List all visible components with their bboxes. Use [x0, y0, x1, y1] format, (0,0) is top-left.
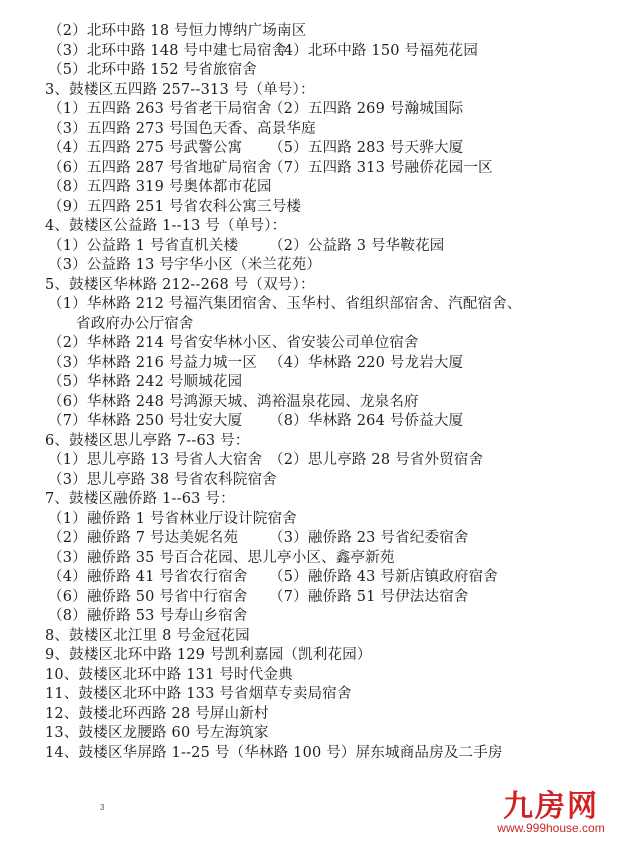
list-item-row: （2）融侨路 7 号达美妮名苑（3）融侨路 23 号省纪委宿舍	[0, 529, 625, 549]
line-text-second-column: （5）五四路 283 号天骅大厦	[269, 139, 463, 159]
line-text: （6）融侨路 50 号省中行宿舍	[48, 589, 248, 605]
line-text: （4）融侨路 41 号省农行宿舍	[48, 569, 248, 585]
line-text: （5）北环中路 152 号省旅宿舍	[48, 62, 257, 78]
line-text: 7、鼓楼区融侨路 1--63 号：	[45, 491, 235, 507]
page-number: 3	[100, 803, 104, 812]
line-text: （3）华林路 216 号益力城一区	[48, 355, 257, 371]
line-text: （6）华林路 248 号鸿源天城、鸿裕温泉花园、龙泉名府	[48, 394, 419, 410]
line-text: 6、鼓楼区思儿亭路 7--63 号：	[45, 433, 250, 449]
line-text-second-column: （2）公益路 3 号华鞍花园	[269, 237, 444, 257]
line-text: 12、鼓楼北环西路 28 号屏山新村	[45, 706, 269, 722]
list-item-row: （3）华林路 216 号益力城一区（4）华林路 220 号龙岩大厦	[0, 354, 625, 374]
list-item-row: （5）华林路 242 号顺城花园	[0, 373, 625, 393]
line-text: （8）融侨路 53 号寿山乡宿舍	[48, 608, 248, 624]
list-item-row: （6）五四路 287 号省地矿局宿舍（7）五四路 313 号融侨花园一区	[0, 159, 625, 179]
list-item-row: （4）融侨路 41 号省农行宿舍（5）融侨路 43 号新店镇政府宿舍	[0, 568, 625, 588]
section-heading: 13、鼓楼区龙腰路 60 号左海筑家	[0, 724, 625, 744]
line-text: （1）公益路 1 号省直机关楼	[48, 238, 238, 254]
line-text: （1）华林路 212 号福汽集团宿舍、玉华村、省组织部宿舍、汽配宿舍、	[48, 296, 522, 312]
line-text: （1）思儿亭路 13 号省人大宿舍	[48, 452, 262, 468]
line-text-second-column: （4）华林路 220 号龙岩大厦	[269, 354, 463, 374]
section-heading: 6、鼓楼区思儿亭路 7--63 号：	[0, 432, 625, 452]
section-heading: 4、鼓楼区公益路 1--13 号（单号）：	[0, 217, 625, 237]
line-text: （7）华林路 250 号壮安大厦	[48, 413, 242, 429]
list-item-row: （9）五四路 251 号省农科公寓三号楼	[0, 198, 625, 218]
list-item-row: （1）公益路 1 号省直机关楼（2）公益路 3 号华鞍花园	[0, 237, 625, 257]
list-item-row: （7）华林路 250 号壮安大厦（8）华林路 264 号侨益大厦	[0, 412, 625, 432]
line-text: 4、鼓楼区公益路 1--13 号（单号）：	[45, 218, 286, 234]
line-text: （3）北环中路 148 号中建七局宿舍	[48, 43, 286, 59]
section-heading: 5、鼓楼区华林路 212--268 号（双号）：	[0, 276, 625, 296]
line-text: （9）五四路 251 号省农科公寓三号楼	[48, 199, 301, 215]
line-text-second-column: （7）五四路 313 号融侨花园一区	[269, 159, 493, 179]
line-text: （3）五四路 273 号国色天香、高景华庭	[48, 121, 316, 137]
list-item-row: （6）融侨路 50 号省中行宿舍（7）融侨路 51 号伊法达宿舍	[0, 588, 625, 608]
line-text-second-column: （2）思儿亭路 28 号省外贸宿舍	[269, 451, 483, 471]
line-text: 9、鼓楼区北环中路 129 号凯利嘉园（凯利花园）	[45, 647, 372, 663]
section-heading: 9、鼓楼区北环中路 129 号凯利嘉园（凯利花园）	[0, 646, 625, 666]
list-item-row: （6）华林路 248 号鸿源天城、鸿裕温泉花园、龙泉名府	[0, 393, 625, 413]
list-item-row: （3）北环中路 148 号中建七局宿舍（4）北环中路 150 号福苑花园	[0, 42, 625, 62]
line-text: （5）华林路 242 号顺城花园	[48, 374, 242, 390]
list-item-row: （3）思儿亭路 38 号省农科院宿舍	[0, 471, 625, 491]
line-text-second-column: （8）华林路 264 号侨益大厦	[269, 412, 463, 432]
line-text-second-column: （7）融侨路 51 号伊法达宿舍	[269, 588, 469, 608]
line-text: （2）北环中路 18 号恒力博纳广场南区	[48, 23, 306, 39]
section-heading: 3、鼓楼区五四路 257--313 号（单号）：	[0, 81, 625, 101]
list-item-row: （3）公益路 13 号宇华小区（米兰花苑）	[0, 256, 625, 276]
line-text: （6）五四路 287 号省地矿局宿舍	[48, 160, 272, 176]
list-item-row: （3）五四路 273 号国色天香、高景华庭	[0, 120, 625, 140]
line-text: 8、鼓楼区北江里 8 号金冠花园	[45, 628, 250, 644]
line-text: 14、鼓楼区华屏路 1--25 号（华林路 100 号）屏东城商品房及二手房	[45, 745, 503, 761]
line-text: （3）公益路 13 号宇华小区（米兰花苑）	[48, 257, 321, 273]
line-text: （2）融侨路 7 号达美妮名苑	[48, 530, 238, 546]
line-text: （4）五四路 275 号武警公寓	[48, 140, 242, 156]
section-heading: 10、鼓楼区北环中路 131 号时代金典	[0, 666, 625, 686]
line-text: （3）融侨路 35 号百合花园、思儿亭小区、鑫亭新苑	[48, 550, 395, 566]
line-text: （1）五四路 263 号省老干局宿舍	[48, 101, 272, 117]
section-heading: 11、鼓楼区北环中路 133 号省烟草专卖局宿舍	[0, 685, 625, 705]
list-item-row: （2）北环中路 18 号恒力博纳广场南区	[0, 22, 625, 42]
line-text: 13、鼓楼区龙腰路 60 号左海筑家	[45, 725, 269, 741]
list-item-row: （8）五四路 319 号奥体都市花园	[0, 178, 625, 198]
section-heading: 8、鼓楼区北江里 8 号金冠花园	[0, 627, 625, 647]
line-text: 10、鼓楼区北环中路 131 号时代金典	[45, 667, 293, 683]
list-item-row: （5）北环中路 152 号省旅宿舍	[0, 61, 625, 81]
line-text-second-column: （3）融侨路 23 号省纪委宿舍	[269, 529, 469, 549]
watermark-logo: 九房网	[485, 792, 617, 822]
watermark: 九房网 www.999house.com	[485, 792, 617, 835]
document-body: （2）北环中路 18 号恒力博纳广场南区（3）北环中路 148 号中建七局宿舍（…	[0, 22, 625, 763]
list-item-continuation: 省政府办公厅宿舍	[0, 315, 625, 335]
line-text-second-column: （5）融侨路 43 号新店镇政府宿舍	[269, 568, 498, 588]
line-text-second-column: （2）五四路 269 号瀚城国际	[269, 100, 463, 120]
line-text: （8）五四路 319 号奥体都市花园	[48, 179, 272, 195]
line-text: （2）华林路 214 号省安华林小区、省安装公司单位宿舍	[48, 335, 419, 351]
list-item-row: （1）五四路 263 号省老干局宿舍（2）五四路 269 号瀚城国际	[0, 100, 625, 120]
line-text: 5、鼓楼区华林路 212--268 号（双号）：	[45, 277, 315, 293]
section-heading: 12、鼓楼北环西路 28 号屏山新村	[0, 705, 625, 725]
line-text: 3、鼓楼区五四路 257--313 号（单号）：	[45, 82, 315, 98]
section-heading: 14、鼓楼区华屏路 1--25 号（华林路 100 号）屏东城商品房及二手房	[0, 744, 625, 764]
line-text: （1）融侨路 1 号省林业厅设计院宿舍	[48, 511, 297, 527]
line-text: 11、鼓楼区北环中路 133 号省烟草专卖局宿舍	[45, 686, 352, 702]
list-item-row: （3）融侨路 35 号百合花园、思儿亭小区、鑫亭新苑	[0, 549, 625, 569]
list-item-row: （1）华林路 212 号福汽集团宿舍、玉华村、省组织部宿舍、汽配宿舍、	[0, 295, 625, 315]
line-text-second-column: （4）北环中路 150 号福苑花园	[269, 42, 478, 62]
list-item-row: （1）融侨路 1 号省林业厅设计院宿舍	[0, 510, 625, 530]
list-item-row: （1）思儿亭路 13 号省人大宿舍（2）思儿亭路 28 号省外贸宿舍	[0, 451, 625, 471]
list-item-row: （4）五四路 275 号武警公寓（5）五四路 283 号天骅大厦	[0, 139, 625, 159]
list-item-row: （8）融侨路 53 号寿山乡宿舍	[0, 607, 625, 627]
line-text: （3）思儿亭路 38 号省农科院宿舍	[48, 472, 277, 488]
line-text: 省政府办公厅宿舍	[76, 316, 194, 332]
section-heading: 7、鼓楼区融侨路 1--63 号：	[0, 490, 625, 510]
list-item-row: （2）华林路 214 号省安华林小区、省安装公司单位宿舍	[0, 334, 625, 354]
watermark-url: www.999house.com	[485, 822, 617, 835]
